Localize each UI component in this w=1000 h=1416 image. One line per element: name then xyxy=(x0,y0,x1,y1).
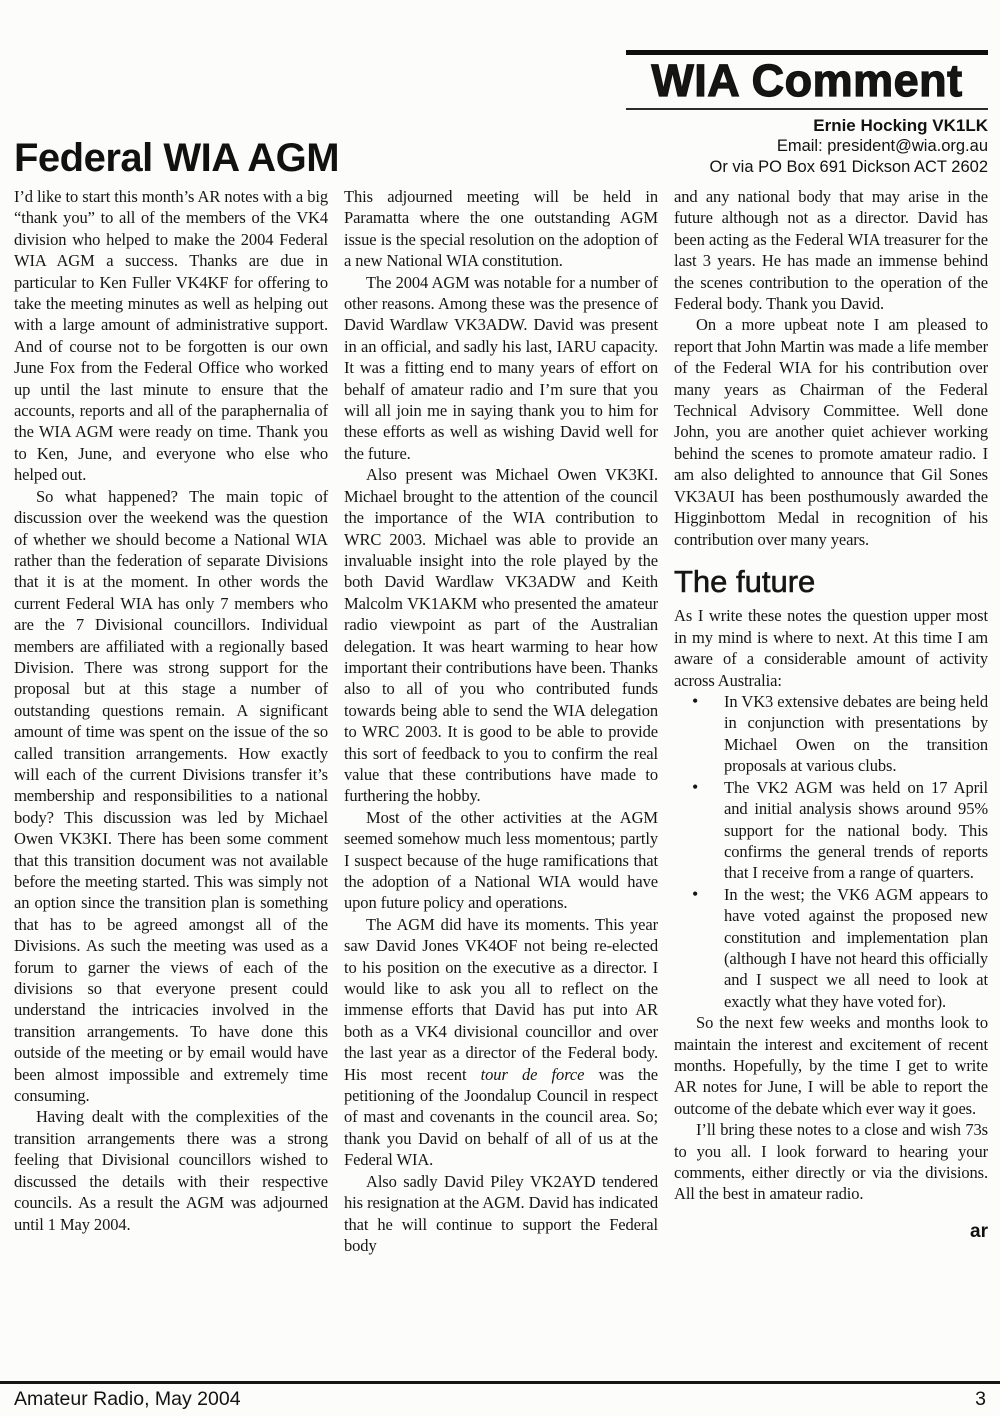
masthead-rule-bottom xyxy=(626,108,988,110)
paragraph: Most of the other activities at the AGM … xyxy=(344,807,658,914)
article-columns: I’d like to start this month’s AR notes … xyxy=(14,186,988,1376)
masthead: WIA Comment Ernie Hocking VK1LK Email: p… xyxy=(626,50,988,178)
paragraph: and any national body that may arise in … xyxy=(674,186,988,314)
bullet-item: The VK2 AGM was held on 17 April and ini… xyxy=(674,777,988,884)
paragraph: So the next few weeks and months look to… xyxy=(674,1012,988,1119)
paragraph: Having dealt with the complexities of th… xyxy=(14,1106,328,1234)
paragraph: The 2004 AGM was notable for a number of… xyxy=(344,272,658,465)
paragraph-text: The AGM did have its moments. This year … xyxy=(344,915,658,1084)
footer-page-number: 3 xyxy=(975,1388,986,1411)
italic-phrase: tour de force xyxy=(481,1065,585,1084)
column-3: and any national body that may arise in … xyxy=(674,186,988,1376)
paragraph: The AGM did have its moments. This year … xyxy=(344,914,658,1171)
paragraph: Also sadly David Piley VK2AYD tendered h… xyxy=(344,1171,658,1257)
bullet-item: In VK3 extensive debates are being held … xyxy=(674,691,988,777)
paragraph: On a more upbeat note I am pleased to re… xyxy=(674,314,988,549)
paragraph: Also present was Michael Owen VK3KI. Mic… xyxy=(344,464,658,807)
bullet-item: In the west; the VK6 AGM appears to have… xyxy=(674,884,988,1012)
paragraph: As I write these notes the question uppe… xyxy=(674,605,988,691)
paragraph: This adjourned meeting will be held in P… xyxy=(344,186,658,272)
byline: Ernie Hocking VK1LK Email: president@wia… xyxy=(626,115,988,178)
magazine-page: WIA Comment Ernie Hocking VK1LK Email: p… xyxy=(0,0,1000,1416)
byline-name: Ernie Hocking VK1LK xyxy=(626,115,988,136)
footer: Amateur Radio, May 2004 3 xyxy=(0,1381,1000,1411)
future-subheading: The future xyxy=(674,566,988,599)
footer-row: Amateur Radio, May 2004 3 xyxy=(0,1384,1000,1411)
column-2: This adjourned meeting will be held in P… xyxy=(344,186,658,1376)
bullet-list: In VK3 extensive debates are being held … xyxy=(674,691,988,1012)
masthead-title: WIA Comment xyxy=(626,58,988,104)
footer-journal: Amateur Radio, May 2004 xyxy=(14,1388,241,1411)
byline-address: Or via PO Box 691 Dickson ACT 2602 xyxy=(626,157,988,178)
paragraph: I’d like to start this month’s AR notes … xyxy=(14,186,328,486)
paragraph: So what happened? The main topic of disc… xyxy=(14,486,328,1107)
paragraph: I’ll bring these notes to a close and wi… xyxy=(674,1119,988,1205)
byline-email: Email: president@wia.org.au xyxy=(626,136,988,157)
column-1: I’d like to start this month’s AR notes … xyxy=(14,186,328,1376)
end-mark: ar xyxy=(674,1221,988,1243)
